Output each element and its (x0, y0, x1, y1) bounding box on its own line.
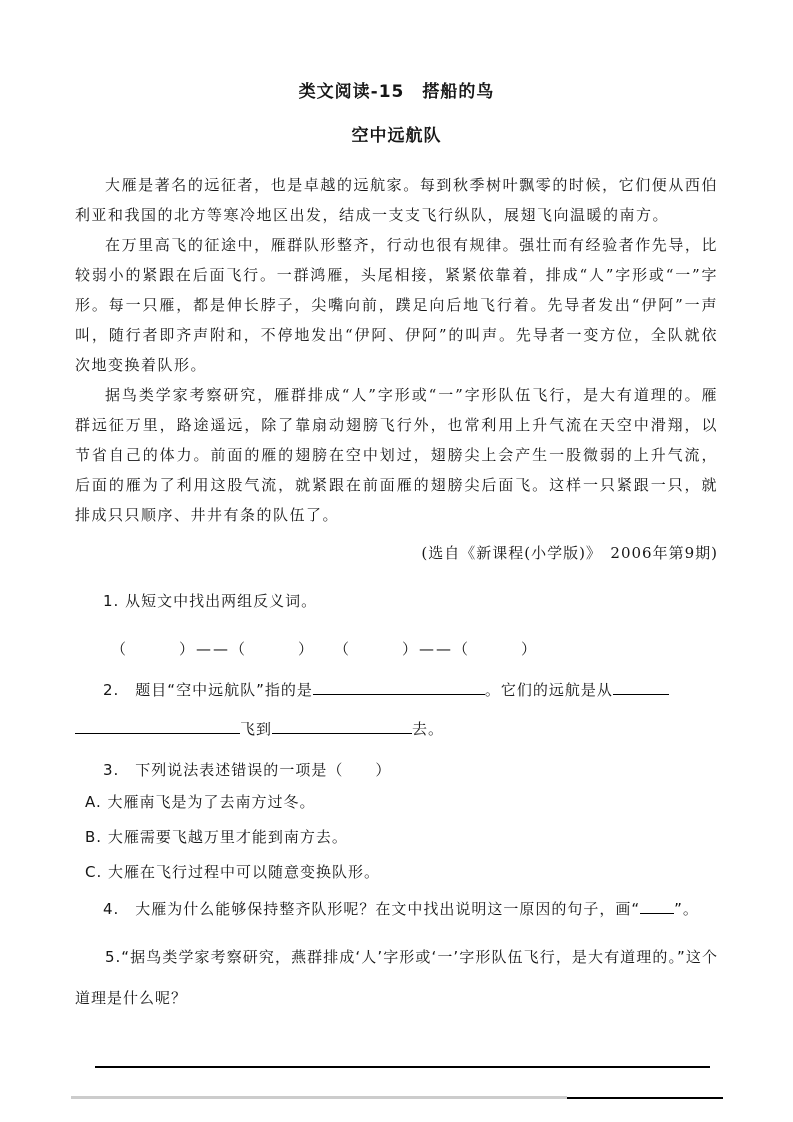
question-2-tail: 去。 (412, 720, 444, 738)
worksheet-page: 类文阅读-15 搭船的鸟 空中远航队 大雁是著名的远征者，也是卓越的远航家。每到… (0, 0, 793, 1122)
question-4-lead: 4. 大雁为什么能够保持整齐队形呢？在文中找出说明这一原因的句子，画“ (103, 900, 640, 918)
answer-writing-line (95, 1066, 710, 1068)
question-3: 3. 下列说法表述错误的一项是（ ） (75, 759, 718, 781)
fill-blank (75, 718, 240, 734)
passage: 大雁是著名的远征者，也是卓越的远航家。每到秋季树叶飘零的时候，它们便从西伯利亚和… (75, 170, 718, 530)
question-2-fly: 飞到 (240, 720, 272, 738)
source-citation: (选自《新课程(小学版)》 2006年第9期) (75, 542, 718, 564)
separator-black-segment (567, 1097, 723, 1099)
page-title: 类文阅读-15 搭船的鸟 (75, 82, 718, 102)
separator-gray-segment (71, 1096, 567, 1099)
passage-paragraph-3: 据鸟类学家考察研究，雁群排成“人”字形或“一”字形队伍飞行，是大有道理的。雁群远… (75, 380, 718, 530)
fill-blank (313, 679, 485, 695)
question-1-answer-blanks: （ ）——（ ） （ ）——（ ） (75, 638, 718, 660)
question-2-lead: 2. 题目“空中远航队”指的是 (103, 681, 313, 699)
fill-blank (272, 718, 412, 734)
question-3-option-c: C. 大雁在飞行过程中可以随意变换队形。 (75, 858, 718, 886)
question-5: 5.“据鸟类学家考察研究，燕群排成‘人’字形或‘一’字形队伍飞行，是大有道理的。… (75, 937, 718, 1019)
question-4-tail: ”。 (674, 900, 699, 918)
question-2-mid: 。它们的远航是从 (485, 681, 613, 699)
question-2-line-2: 飞到去。 (75, 718, 718, 740)
fill-blank (640, 898, 674, 914)
passage-paragraph-1: 大雁是著名的远征者，也是卓越的远航家。每到秋季树叶飘零的时候，它们便从西伯利亚和… (75, 170, 718, 230)
page-break-separator (71, 1096, 723, 1099)
question-2-line-1: 2. 题目“空中远航队”指的是。它们的远航是从 (75, 679, 718, 701)
questions-section: 1. 从短文中找出两组反义词。 （ ）——（ ） （ ）——（ ） 2. 题目“… (75, 590, 718, 1019)
fill-blank (613, 679, 669, 695)
question-4: 4. 大雁为什么能够保持整齐队形呢？在文中找出说明这一原因的句子，画“”。 (75, 895, 718, 923)
question-3-option-a: A. 大雁南飞是为了去南方过冬。 (75, 788, 718, 816)
passage-paragraph-2: 在万里高飞的征途中，雁群队形整齐，行动也很有规律。强壮而有经验者作先导，比较弱小… (75, 230, 718, 380)
question-3-option-b: B. 大雁需要飞越万里才能到南方去。 (75, 823, 718, 851)
question-1: 1. 从短文中找出两组反义词。 (75, 590, 718, 612)
passage-title: 空中远航队 (75, 126, 718, 146)
